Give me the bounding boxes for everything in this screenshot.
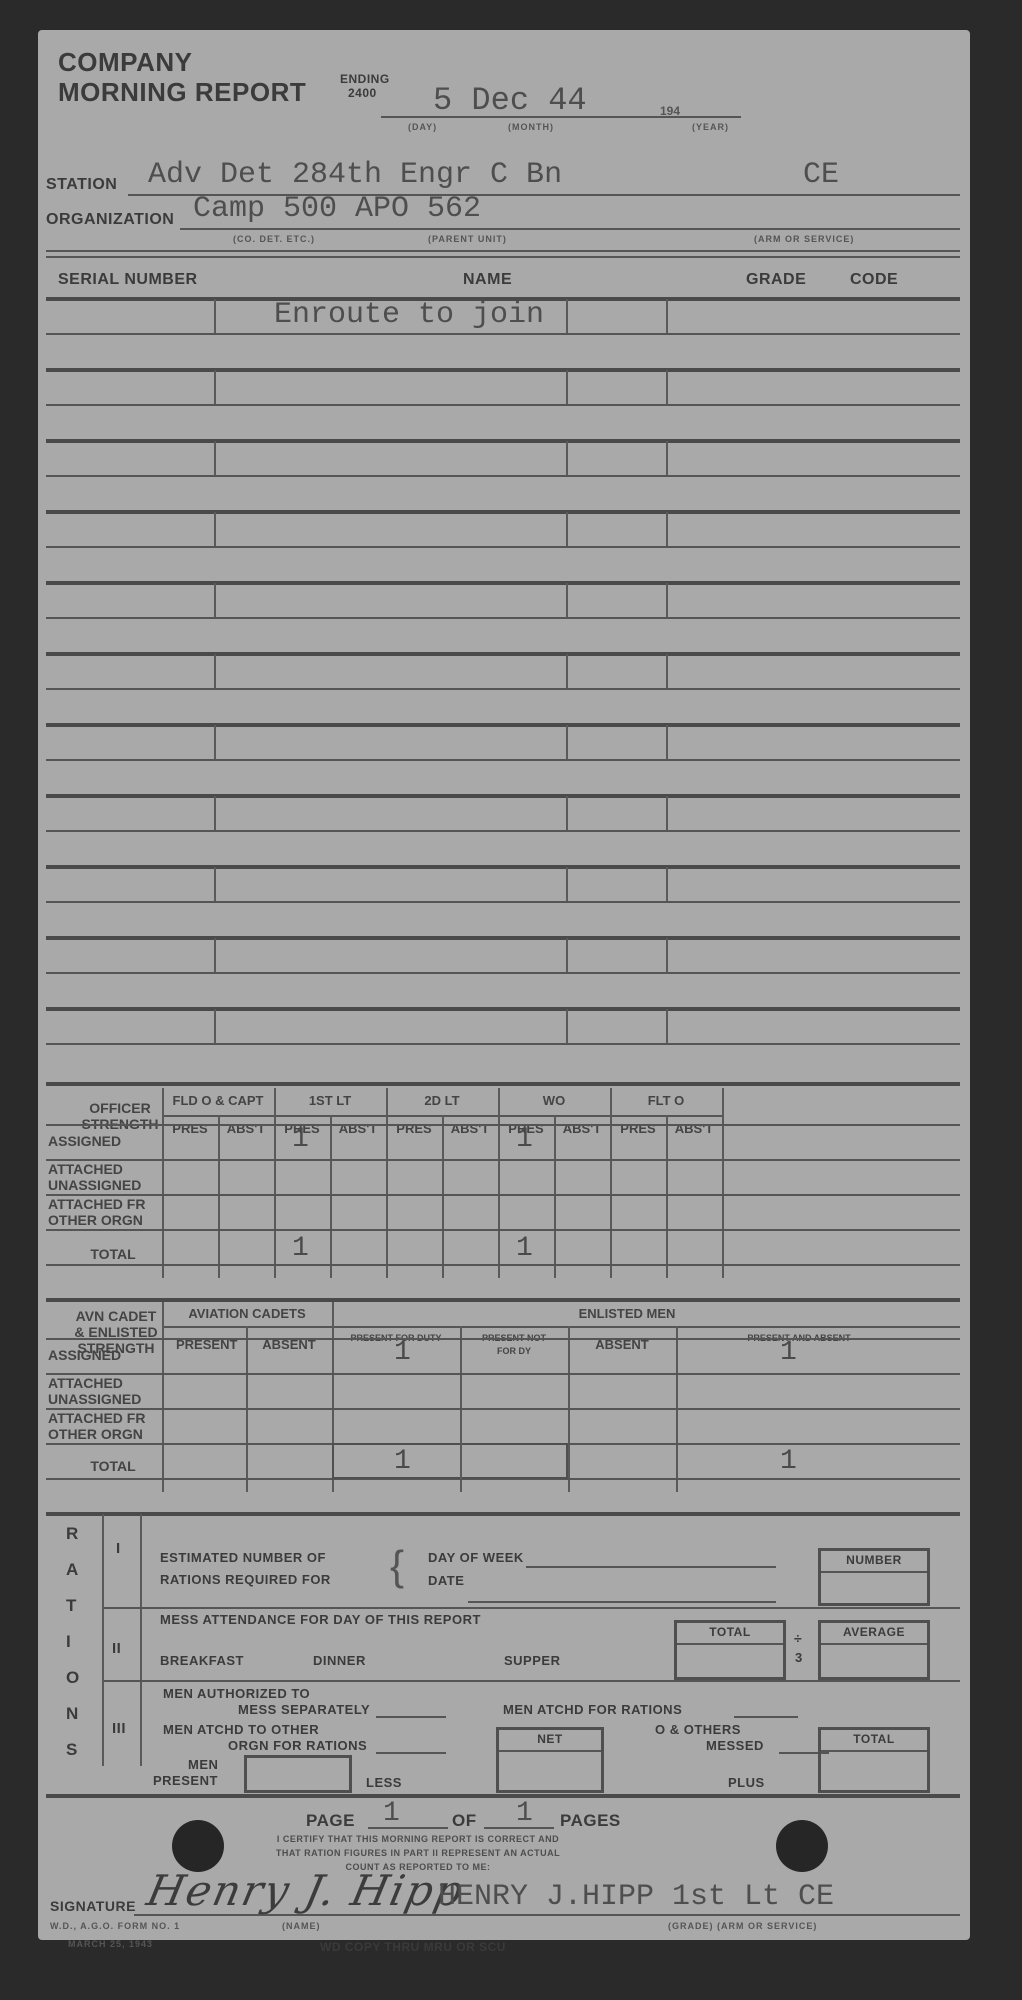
header-name: NAME: [463, 271, 512, 289]
rations-top-rule: [46, 1512, 960, 1516]
enlisted-total-present-box: [332, 1443, 568, 1479]
grade-caption: (GRADE) (ARM OR SERVICE): [668, 1921, 817, 1931]
officer-col-divider: [610, 1088, 612, 1278]
roster-entry-row[interactable]: [46, 299, 960, 333]
header-serial-number: SERIAL NUMBER: [58, 271, 198, 289]
morning-report-form: COMPANY MORNING REPORT ENDING 2400 5 Dec…: [38, 30, 970, 1940]
net-box[interactable]: NET: [496, 1727, 604, 1793]
roster-remarks-row[interactable]: [46, 903, 960, 936]
enlisted-row-label: ATTACHED UNASSIGNED: [48, 1375, 153, 1407]
average-box[interactable]: AVERAGE: [818, 1620, 930, 1680]
officer-group-header: 1ST LT: [274, 1093, 386, 1108]
form-title-line2: MORNING REPORT: [58, 78, 306, 106]
less-label: LESS: [366, 1775, 402, 1790]
supper-label: SUPPER: [504, 1653, 560, 1668]
men-atchd-for-line: [734, 1716, 798, 1718]
handwritten-signature: Henry J. Hipp: [143, 1866, 469, 1915]
roster-remarks-row[interactable]: [46, 1045, 960, 1078]
men-present-2: PRESENT: [153, 1773, 218, 1788]
roster-entry-row[interactable]: [46, 512, 960, 546]
roster-entry-row[interactable]: [46, 938, 960, 972]
enlisted-men-header: ENLISTED MEN: [332, 1306, 922, 1321]
of-label: OF: [452, 1811, 477, 1831]
officer-col-divider: [218, 1115, 220, 1278]
enlisted-assigned-present-and-absent: 1: [780, 1337, 797, 1368]
rations-side-letter: S: [66, 1740, 78, 1760]
part-i-label: I: [116, 1540, 121, 1557]
rations-part-divider: [140, 1514, 142, 1766]
roster-remarks-row[interactable]: [46, 619, 960, 652]
enlisted-row-label: ASSIGNED: [48, 1347, 153, 1363]
mess-attendance-label: MESS ATTENDANCE FOR DAY OF THIS REPORT: [160, 1612, 481, 1627]
officer-assigned-wo-pres: 1: [516, 1124, 533, 1155]
rations-side-letter: A: [66, 1560, 79, 1580]
officer-row-rule: [46, 1194, 960, 1196]
arm-caption: (ARM OR SERVICE): [754, 234, 854, 244]
men-atchd-for-label: MEN ATCHD FOR RATIONS: [503, 1702, 682, 1717]
men-present-1: MEN: [188, 1757, 218, 1772]
enlisted-total-present-and-absent: 1: [780, 1446, 797, 1477]
organization-label: ORGANIZATION: [46, 211, 174, 229]
officer-col-divider: [666, 1115, 668, 1278]
officer-row-rule: [46, 1159, 960, 1161]
officer-row-rule: [46, 1229, 960, 1231]
roster-entry-row[interactable]: [46, 725, 960, 759]
rations-side-letter: O: [66, 1668, 80, 1688]
page-line: [368, 1827, 448, 1829]
part-i-rule: [104, 1607, 960, 1609]
roster-remarks-row[interactable]: [46, 974, 960, 1007]
officer-row-label: ATTACHED UNASSIGNED: [48, 1161, 153, 1193]
officer-row-rule: [46, 1124, 960, 1126]
officer-top-rule: [46, 1082, 960, 1086]
roster-entry-row[interactable]: [46, 796, 960, 830]
men-auth-line: [376, 1716, 446, 1718]
roster-remarks-row[interactable]: [46, 406, 960, 439]
month-caption: (MONTH): [508, 122, 554, 132]
enlisted-total-box-divider: [460, 1443, 462, 1479]
name-caption: (NAME): [282, 1921, 321, 1931]
form-title-line1: COMPANY: [58, 48, 192, 76]
part-iii-label: III: [112, 1720, 126, 1737]
wd-copy-note: WD COPY THRU MRU OR SCU: [320, 1940, 506, 1954]
enlisted-row-label: TOTAL: [68, 1458, 158, 1474]
officer-total-wo-pres: 1: [516, 1233, 533, 1264]
roster-entry-row[interactable]: [46, 370, 960, 404]
rations-side-letter: N: [66, 1704, 79, 1724]
part-ii-rule: [104, 1680, 960, 1682]
officer-col-divider: [442, 1115, 444, 1278]
form-number: W.D., A.G.O. FORM NO. 1: [50, 1921, 180, 1931]
men-atchd-other-2: ORGN FOR RATIONS: [228, 1738, 367, 1753]
station-arm-value: CE: [803, 158, 839, 192]
enlisted-total-present-for-duty: 1: [394, 1446, 411, 1477]
roster-entry-row[interactable]: [46, 441, 960, 475]
o-others-2: MESSED: [706, 1738, 764, 1753]
rations-bottom-rule: [46, 1794, 960, 1798]
officer-group-header: 2D LT: [386, 1093, 498, 1108]
men-auth-2: MESS SEPARATELY: [238, 1702, 370, 1717]
day-of-week-label: DAY OF WEEK: [428, 1550, 524, 1565]
roster-remarks-row[interactable]: [46, 832, 960, 865]
enlisted-row-rule: [46, 1338, 960, 1340]
enlisted-group-rule: [162, 1326, 960, 1328]
number-box-rule: [821, 1571, 927, 1573]
roster-top-rule-2: [46, 256, 960, 258]
enlisted-top-rule: [46, 1298, 960, 1302]
officer-col-divider: [722, 1088, 724, 1278]
divisor-three: 3: [795, 1650, 803, 1665]
total-box-label: TOTAL: [677, 1625, 783, 1639]
year-prefix: 194: [660, 104, 680, 118]
estimated-line2: RATIONS REQUIRED FOR: [160, 1572, 331, 1587]
part-ii-label: II: [112, 1640, 121, 1657]
officer-col-divider: [162, 1088, 164, 1278]
men-auth-1: MEN AUTHORIZED TO: [163, 1686, 310, 1701]
men-atchd-other-1: MEN ATCHD TO OTHER: [163, 1722, 319, 1737]
officer-col-divider: [498, 1088, 500, 1278]
divide-icon: ÷: [794, 1630, 802, 1646]
ending-label: ENDING: [340, 72, 390, 86]
roster-entry-row[interactable]: [46, 654, 960, 688]
enlisted-col-header: PRESENT NOT FOR DY: [460, 1332, 568, 1358]
officer-group-header: WO: [498, 1093, 610, 1108]
officer-row-label: TOTAL: [68, 1246, 158, 1262]
station-value: Adv Det 284th Engr C Bn: [148, 158, 562, 192]
total-box[interactable]: TOTAL: [674, 1620, 786, 1680]
page-value: 1: [383, 1798, 400, 1829]
men-atchd-other-line: [376, 1752, 446, 1754]
organization-underline: [180, 228, 960, 230]
net-box-label: NET: [499, 1732, 601, 1746]
enlisted-assigned-present-for-duty: 1: [394, 1337, 411, 1368]
enlisted-row-rule: [46, 1408, 960, 1410]
parent-caption: (PARENT UNIT): [428, 234, 507, 244]
aviation-cadets-header: AVIATION CADETS: [162, 1306, 332, 1321]
certify-line-1: I CERTIFY THAT THIS MORNING REPORT IS CO…: [238, 1834, 598, 1844]
roster-remarks-row[interactable]: [46, 548, 960, 581]
estimated-line1: ESTIMATED NUMBER OF: [160, 1550, 326, 1565]
officer-assigned-1st-lt-pres: 1: [292, 1124, 309, 1155]
date-line: [468, 1601, 776, 1603]
roster-entry-row[interactable]: [46, 1009, 960, 1043]
roster-entry-row[interactable]: [46, 867, 960, 901]
organization-value: Camp 500 APO 562: [193, 192, 481, 226]
header-grade: GRADE: [746, 271, 806, 289]
date-label: DATE: [428, 1573, 464, 1588]
day-caption: (DAY): [408, 122, 437, 132]
typed-signature: HENRY J.HIPP 1st Lt CE: [438, 1880, 834, 1914]
officer-group-header: FLT O: [610, 1093, 722, 1108]
officer-row-rule: [46, 1264, 960, 1266]
officer-total-1st-lt-pres: 1: [292, 1233, 309, 1264]
officer-col-divider: [554, 1115, 556, 1278]
officer-col-divider: [330, 1115, 332, 1278]
rations-side-divider: [102, 1514, 104, 1766]
day-of-week-line: [526, 1566, 776, 1568]
station-label: STATION: [46, 176, 117, 194]
roster-remarks-row[interactable]: [46, 335, 960, 368]
rations-side-letter: R: [66, 1524, 79, 1544]
of-value: 1: [516, 1798, 533, 1829]
plus-label: PLUS: [728, 1775, 765, 1790]
enlisted-col-divider: [162, 1302, 164, 1492]
co-caption: (CO. DET. ETC.): [233, 234, 315, 244]
roster-remarks-row[interactable]: [46, 761, 960, 794]
enlisted-row-rule: [46, 1373, 960, 1375]
net-box-rule: [499, 1750, 601, 1752]
ending-time-label: 2400: [348, 86, 377, 100]
enlisted-row-label: ATTACHED FR OTHER ORGN: [48, 1410, 153, 1442]
header-code: CODE: [850, 271, 898, 289]
form-date: MARCH 25, 1943: [68, 1939, 153, 1949]
number-box-label: NUMBER: [821, 1553, 927, 1567]
punch-hole-right: [776, 1820, 828, 1872]
rations-side-letter: I: [66, 1632, 71, 1652]
rations-total-box-rule: [821, 1750, 927, 1752]
o-others-1: O & OTHERS: [655, 1722, 741, 1737]
page-label: PAGE: [306, 1811, 355, 1831]
punch-hole-left: [172, 1820, 224, 1872]
officer-row-label: ATTACHED FR OTHER ORGN: [48, 1196, 153, 1228]
men-present-box[interactable]: [244, 1755, 352, 1793]
roster-remarks-row[interactable]: [46, 690, 960, 723]
number-box[interactable]: NUMBER: [818, 1548, 930, 1606]
roster-top-rule: [46, 250, 960, 252]
brace-icon: {: [390, 1545, 404, 1587]
officer-col-divider: [386, 1088, 388, 1278]
year-caption: (YEAR): [692, 122, 729, 132]
report-date: 5 Dec 44: [433, 82, 587, 119]
certify-line-2: THAT RATION FIGURES IN PART II REPRESENT…: [238, 1848, 598, 1858]
dinner-label: DINNER: [313, 1653, 366, 1668]
average-box-rule: [821, 1643, 927, 1645]
rations-total-box-label: TOTAL: [821, 1732, 927, 1746]
pages-label: PAGES: [560, 1811, 621, 1831]
enlisted-title-1: AVN CADET: [56, 1308, 176, 1324]
total-box-rule: [677, 1643, 783, 1645]
breakfast-label: BREAKFAST: [160, 1653, 244, 1668]
roster-remarks-row[interactable]: [46, 477, 960, 510]
rations-side-letter: T: [66, 1596, 77, 1616]
officer-col-divider: [274, 1088, 276, 1278]
signature-label: SIGNATURE: [50, 1898, 136, 1914]
rations-total-box[interactable]: TOTAL: [818, 1727, 930, 1793]
officer-group-header: FLD O & CAPT: [162, 1093, 274, 1108]
officer-row-label: ASSIGNED: [48, 1133, 153, 1149]
roster-entry-row[interactable]: [46, 583, 960, 617]
average-box-label: AVERAGE: [821, 1625, 927, 1639]
